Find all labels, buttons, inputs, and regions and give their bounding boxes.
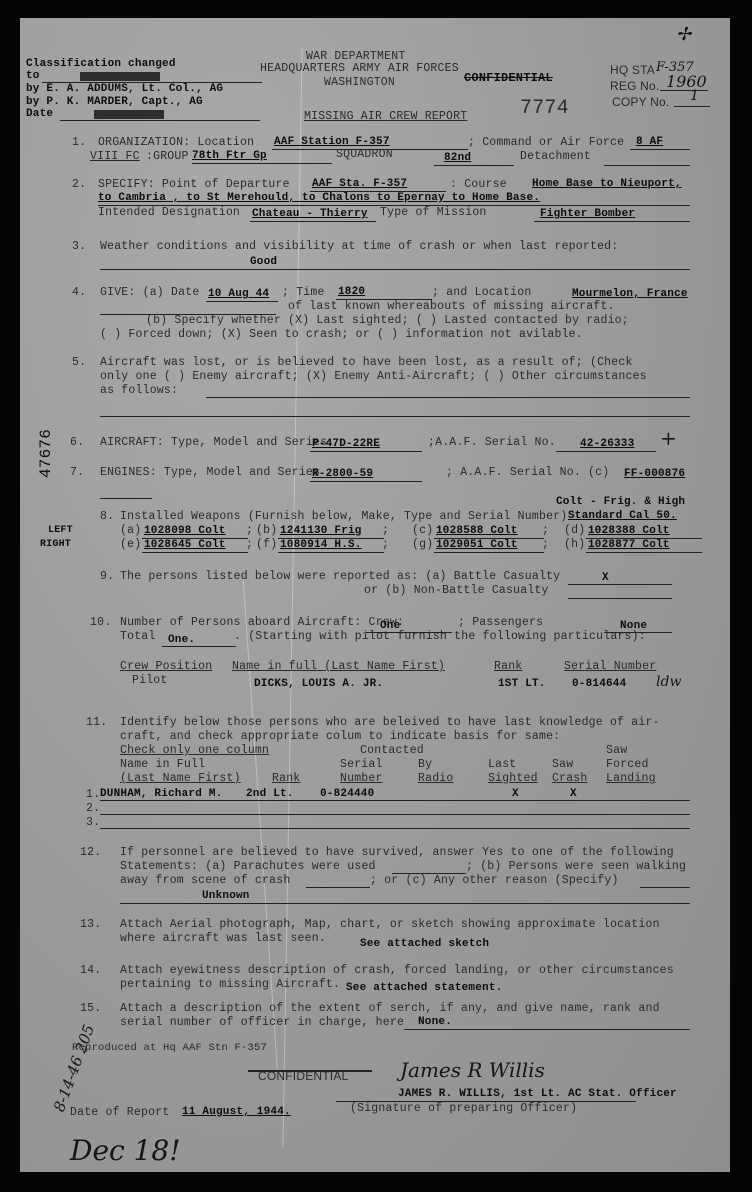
column-header: Radio	[418, 772, 454, 785]
weapon-key: (e)	[120, 538, 141, 551]
bottom-handwriting: Dec 18!	[70, 1134, 180, 1167]
reproduced-note: Reproduced at Hq AAF Stn F-357	[72, 1042, 267, 1055]
column-header-top: Last	[488, 758, 516, 771]
weapon-key: (f)	[256, 538, 277, 551]
mission-type: Fighter Bomber	[540, 208, 635, 221]
org-squadron: 82nd	[444, 152, 471, 165]
column-header: Crash	[552, 772, 588, 785]
signature: James R Willis	[400, 1058, 545, 1082]
loss-time: 1820	[338, 286, 365, 299]
org-command: 8 AF	[636, 136, 663, 149]
report-number: 7774	[520, 98, 569, 120]
crew-serial: 0-814644	[572, 678, 626, 691]
weapon-key: (h)	[564, 538, 585, 551]
crew-rank: 1ST LT.	[498, 678, 546, 691]
weapon-key: (c)	[412, 524, 433, 537]
crew-initials: ldw	[656, 674, 681, 690]
loss-date: 10 Aug 44	[208, 288, 269, 301]
weapon-serial: 1028877 Colt	[588, 539, 670, 552]
signer-name: JAMES R. WILLIS, 1st Lt. AC Stat. Office…	[398, 1088, 677, 1101]
point-of-departure: AAF Sta. F-357	[312, 178, 407, 191]
weather-value: Good	[250, 256, 277, 269]
engine-serial: FF-000876	[624, 468, 685, 481]
column-header-top: Saw	[552, 758, 573, 771]
weapon-serial: 1028645 Colt	[144, 539, 226, 552]
column-header: Landing	[606, 772, 656, 785]
column-header: Sighted	[488, 772, 538, 785]
sketch-value: See attached sketch	[360, 938, 489, 951]
confidential-stamp: CONFIDENTIAL	[464, 72, 553, 85]
margin-number: 47676	[38, 429, 54, 478]
column-header: Rank	[272, 772, 300, 785]
aircraft-model: P-47D-22RE	[312, 438, 380, 451]
reg-no-value: 1960	[666, 72, 707, 91]
intended-destination: Chateau - Thierry	[252, 208, 368, 221]
report-date: 11 August, 1944.	[182, 1106, 291, 1119]
weapon-key: (a)	[120, 524, 141, 537]
column-header: Number	[340, 772, 383, 785]
redacted-date	[94, 110, 164, 119]
weapon-serial: 1028588 Colt	[436, 525, 518, 538]
course-line2: to Cambria , to St Merehould, to Chalons…	[98, 192, 540, 205]
document-page: Classification changed to by E. A. ADDUM…	[20, 18, 730, 1172]
redacted-classification	[80, 72, 160, 81]
aircraft-serial: 42-26333	[580, 438, 634, 451]
column-header-top: By	[418, 758, 432, 771]
weapon-serial: 1080914 H.S.	[280, 539, 362, 552]
survival-value: Unknown	[202, 890, 250, 903]
weapon-serial: 1241130 Frig	[280, 525, 362, 538]
column-header-top: Serial	[340, 758, 383, 771]
report-title: MISSING AIR CREW REPORT	[304, 110, 467, 123]
statement-value: See attached statement.	[346, 982, 502, 995]
hq-heading: HEADQUARTERS ARMY AIR FORCES	[260, 62, 459, 75]
search-value: None.	[418, 1016, 452, 1029]
column-header-top: Forced	[606, 758, 649, 771]
org-group: 78th Ftr Gp	[192, 150, 267, 163]
weapon-key: (d)	[564, 524, 585, 537]
column-header-top: Name in Full	[120, 758, 205, 771]
weapon-key: (b)	[256, 524, 277, 537]
check-mark: +	[660, 426, 677, 450]
weapon-key: (g)	[412, 538, 433, 551]
engine-model: R-2800-59	[312, 468, 373, 481]
margin-handwriting: 8-14-46 205	[50, 1022, 98, 1114]
weapon-serial: 1028098 Colt	[144, 525, 226, 538]
weapon-serial: 1029051 Colt	[436, 539, 518, 552]
column-header: (Last Name First)	[120, 772, 241, 785]
weapon-serial: 1028388 Colt	[588, 525, 670, 538]
course-line1: Home Base to Nieuport,	[532, 178, 682, 191]
copy-no-value: 1	[690, 88, 699, 104]
crew-name: DICKS, LOUIS A. JR.	[254, 678, 383, 691]
city-heading: WASHINGTON	[324, 76, 395, 89]
